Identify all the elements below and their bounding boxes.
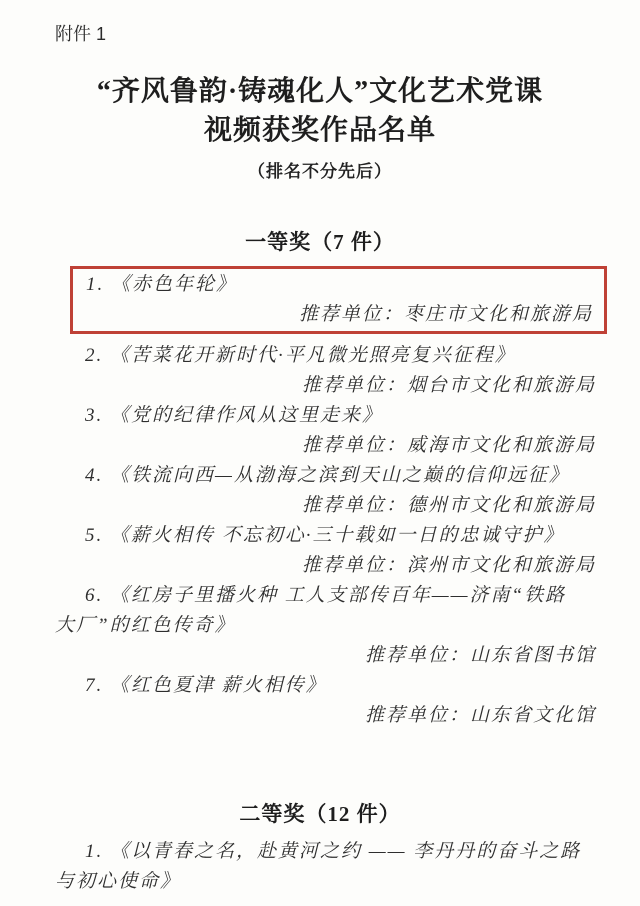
- award-entry-5: 5. 《薪火相传 不忘初心·三十载如一日的忠诚守护》 推荐单位：滨州市文化和旅游…: [0, 521, 640, 581]
- award-entry-1-highlight-box: 1. 《赤色年轮》 推荐单位：枣庄市文化和旅游局: [70, 266, 607, 334]
- award-entry-recommender: 推荐单位：威海市文化和旅游局: [0, 431, 640, 461]
- award-entry-title: 3. 《党的纪律作风从这里走来》: [0, 401, 640, 431]
- award-entry-3: 3. 《党的纪律作风从这里走来》 推荐单位：威海市文化和旅游局: [0, 401, 640, 461]
- award-entry-recommender: 推荐单位：德州市文化和旅游局: [0, 491, 640, 521]
- award-entry-title: 1. 《赤色年轮》: [73, 270, 599, 300]
- award-entry-6: 6. 《红房子里播火种 工人支部传百年——济南“铁路 大厂”的红色传奇》 推荐单…: [0, 581, 640, 671]
- award-entry-title: 6. 《红房子里播火种 工人支部传百年——济南“铁路 大厂”的红色传奇》: [0, 581, 640, 641]
- first-prize-heading: 一等奖（7 件）: [0, 227, 640, 257]
- ranking-note: （排名不分先后）: [0, 159, 640, 185]
- document-title: “齐风鲁韵·铸魂化人”文化艺术党课 视频获奖作品名单: [0, 72, 640, 150]
- award-entry-title: 7. 《红色夏津 薪火相传》: [0, 671, 640, 701]
- award-entry-title: 2. 《苦菜花开新时代·平凡微光照亮复兴征程》: [0, 341, 640, 371]
- attachment-label: 附件 1: [0, 0, 640, 46]
- award-entry-recommender: 推荐单位：烟台市文化和旅游局: [0, 371, 640, 401]
- document-page: 附件 1 “齐风鲁韵·铸魂化人”文化艺术党课 视频获奖作品名单 （排名不分先后）…: [0, 0, 640, 906]
- award-entry-recommender: 推荐单位：枣庄市文化和旅游局: [73, 300, 599, 330]
- award-entry-recommender: 推荐单位：滨州市文化和旅游局: [0, 551, 640, 581]
- award-entry-recommender: 推荐单位：山东省文化馆: [0, 701, 640, 731]
- award-entry-title: 1. 《以青春之名，赴黄河之约 —— 李丹丹的奋斗之路 与初心使命》: [0, 837, 640, 897]
- award-entry-title: 4. 《铁流向西—从渤海之滨到天山之巅的信仰远征》: [0, 461, 640, 491]
- award-entry-7: 7. 《红色夏津 薪火相传》 推荐单位：山东省文化馆: [0, 671, 640, 731]
- award-entry-recommender: 推荐单位：山东省图书馆: [0, 641, 640, 671]
- award-entry-title: 5. 《薪火相传 不忘初心·三十载如一日的忠诚守护》: [0, 521, 640, 551]
- award-entry-4: 4. 《铁流向西—从渤海之滨到天山之巅的信仰远征》 推荐单位：德州市文化和旅游局: [0, 461, 640, 521]
- award-entry-1: 1. 《以青春之名，赴黄河之约 —— 李丹丹的奋斗之路 与初心使命》: [0, 837, 640, 897]
- award-entry-2: 2. 《苦菜花开新时代·平凡微光照亮复兴征程》 推荐单位：烟台市文化和旅游局: [0, 341, 640, 401]
- second-prize-section: 二等奖（12 件） 1. 《以青春之名，赴黄河之约 —— 李丹丹的奋斗之路 与初…: [0, 799, 640, 897]
- document-title-line1: “齐风鲁韵·铸魂化人”文化艺术党课: [0, 72, 640, 111]
- first-prize-section: 一等奖（7 件） 1. 《赤色年轮》 推荐单位：枣庄市文化和旅游局 2. 《苦菜…: [0, 227, 640, 731]
- second-prize-heading: 二等奖（12 件）: [0, 799, 640, 829]
- document-title-line2: 视频获奖作品名单: [0, 111, 640, 150]
